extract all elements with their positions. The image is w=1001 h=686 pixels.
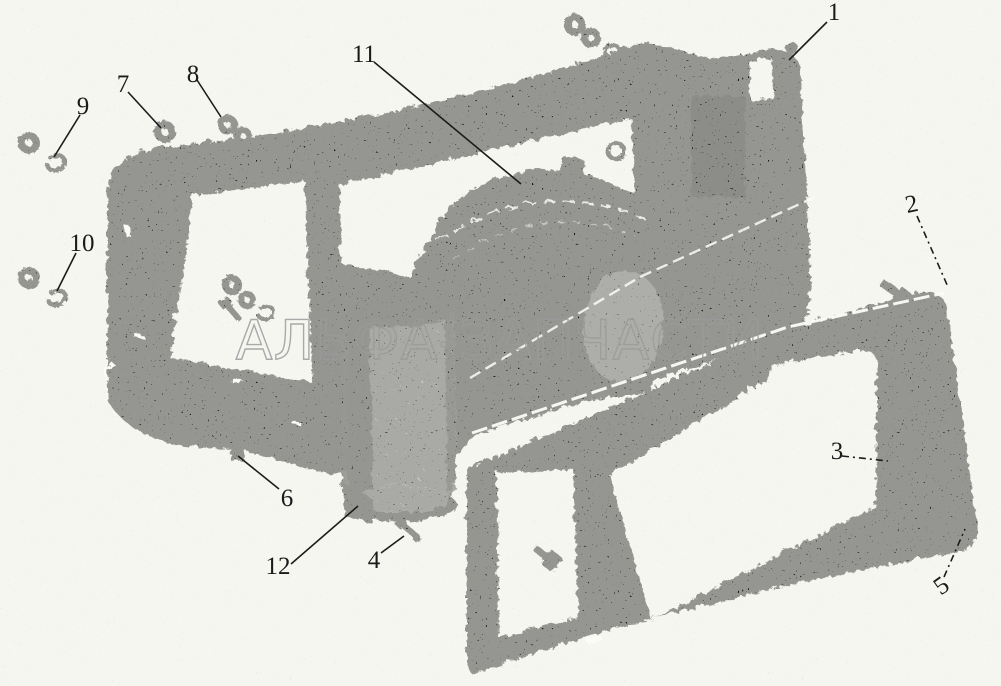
callout-label-8: 8 — [187, 61, 200, 88]
callout-label-11: 11 — [352, 41, 376, 68]
callout-label-4: 4 — [368, 547, 381, 574]
callout-label-1: 1 — [828, 0, 841, 26]
callout-label-12: 12 — [266, 553, 291, 580]
callout-label-3: 3 — [831, 438, 844, 465]
parts-diagram-svg: АЛЬФА-ЗАПЧАСТИ 1 2 3 4 5 6 7 8 9 10 11 1… — [0, 0, 1001, 686]
diagram-canvas: АЛЬФА-ЗАПЧАСТИ 1 2 3 4 5 6 7 8 9 10 11 1… — [0, 0, 1001, 686]
callout-label-6: 6 — [281, 485, 294, 512]
callout-label-9: 9 — [77, 93, 90, 120]
callout-label-7: 7 — [117, 71, 130, 98]
watermark-text: АЛЬФА-ЗАПЧАСТИ — [236, 309, 765, 372]
callout-label-10: 10 — [70, 230, 95, 257]
